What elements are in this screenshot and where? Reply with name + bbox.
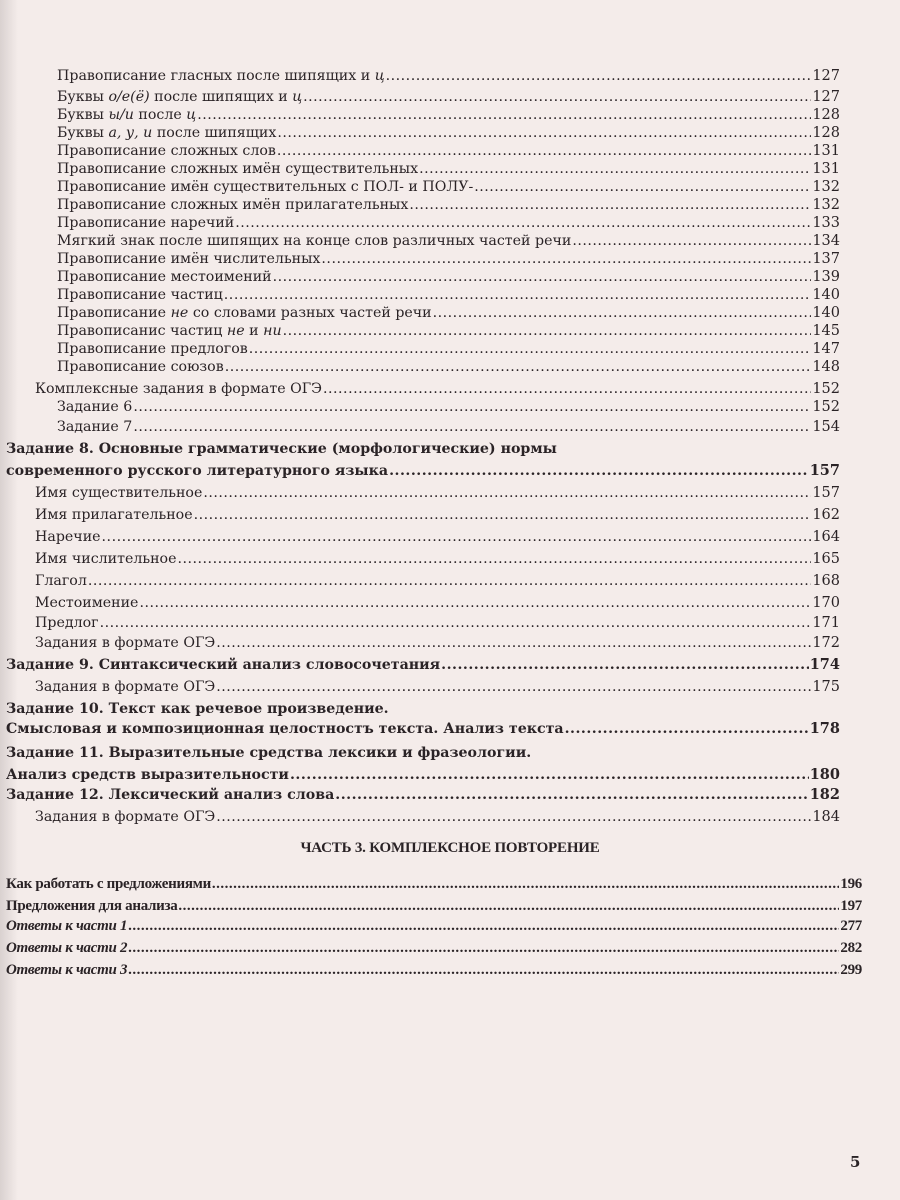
toc-entry-title: Ответы к части 3	[6, 961, 127, 979]
toc-title-part: Буквы	[57, 107, 108, 123]
toc-entry-title: Буквы ы/и после ц	[57, 106, 196, 124]
toc-entry-page: 165	[812, 550, 840, 568]
toc-title-part: Мягкий знак после шипящих на конце слов …	[57, 233, 571, 249]
toc-entry-page: 178	[810, 720, 840, 738]
toc-entry-title: Правописание союзов	[57, 358, 224, 376]
toc-entry-title: Комплексные задания в формате ОГЭ	[35, 380, 322, 398]
toc-entry-page: 171	[812, 614, 840, 632]
toc-title-part: Задание 7	[57, 419, 132, 435]
toc-title-part: Правописание гласных после шипящих и	[57, 68, 375, 84]
toc-title-part: Правописание имён числительных	[57, 251, 320, 267]
dot-leader	[235, 214, 811, 232]
toc-entry[interactable]: Предложения для анализа197	[6, 897, 862, 915]
toc-entry-title: Задание 7	[57, 418, 132, 436]
toc-title-italic-part: а, у, и	[108, 125, 152, 141]
toc-entry-page: 140	[812, 304, 840, 322]
toc-title-part: со словами разных частей речи	[188, 305, 431, 321]
toc-entry-title: Как работать с предложениями	[6, 875, 211, 893]
toc-title-italic-part: ц	[375, 68, 385, 84]
dot-leader	[441, 656, 809, 674]
part-3-heading: ЧАСТЬ 3. КОМПЛЕКСНОЕ ПОВТОРЕНИЕ	[0, 840, 900, 857]
dot-leader	[133, 418, 811, 436]
toc-title-part: Правописанис частиц	[57, 323, 227, 339]
toc-entry[interactable]: Задание 11. Выразительные средства лекси…	[6, 744, 840, 762]
dot-leader	[178, 550, 812, 568]
toc-entry[interactable]: Задание 8. Основные грамматические (морф…	[6, 440, 840, 458]
toc-entry-page: 128	[812, 106, 840, 124]
toc-entry-page: 168	[812, 572, 840, 590]
dot-leader	[212, 875, 839, 893]
toc-entry-title: Предложения для анализа	[6, 897, 177, 915]
dot-leader	[277, 142, 811, 160]
toc-title-part: Правописание сложных слов	[57, 143, 276, 159]
toc-entry-page: 127	[812, 67, 840, 85]
toc-title-part: Задание 9. Синтаксический анализ словосо…	[6, 657, 440, 673]
toc-title-part: Анализ средств выразительности	[6, 767, 289, 783]
toc-entry-page: 128	[812, 124, 840, 142]
dot-leader	[133, 398, 811, 416]
toc-entry-page: 131	[812, 160, 840, 178]
toc-entry[interactable]: Задания в формате ОГЭ175	[35, 678, 840, 696]
toc-entry-title: Задание 9. Синтаксический анализ словосо…	[6, 656, 440, 674]
toc-entry-title: Правописание сложных слов	[57, 142, 276, 160]
toc-entry[interactable]: Задание 12. Лексический анализ слова182	[6, 786, 840, 804]
toc-title-italic-part: ы/и	[108, 107, 133, 123]
toc-entry-title: Задания в формате ОГЭ	[35, 808, 215, 826]
toc-entry-title: Ответы к части 1	[6, 917, 127, 935]
dot-leader	[128, 917, 839, 935]
toc-title-part: Задание 10. Текст как речевое произведен…	[6, 701, 389, 717]
toc-title-part: Имя числительное	[35, 551, 177, 567]
toc-title-part: Правописание частиц	[57, 287, 223, 303]
toc-title-part: Буквы	[57, 89, 108, 105]
toc-title-part: Смысловая и композиционная целостностъ т…	[6, 721, 564, 737]
toc-entry-title: Правописание предлогов	[57, 340, 248, 358]
toc-entry[interactable]: Правописание частиц140	[57, 286, 840, 304]
toc-entry-title: Правописание гласных после шипящих и ц	[57, 67, 385, 85]
toc-title-part: Ответы к части 1	[6, 918, 127, 934]
toc-title-part: современного русского литературного язык…	[6, 463, 388, 479]
toc-title-part: Имя существительное	[35, 485, 202, 501]
toc-title-part: Правописание предлогов	[57, 341, 248, 357]
toc-entry-title: Задание 12. Лексический анализ слова	[6, 786, 334, 804]
toc-entry-title: Местоимение	[35, 594, 138, 612]
toc-entry[interactable]: Ответы к части 1277	[6, 917, 862, 935]
toc-entry[interactable]: Правописанис частиц не и ни145	[57, 322, 840, 340]
dot-leader	[224, 286, 812, 304]
toc-entry-title: Смысловая и композиционная целостностъ т…	[6, 720, 564, 738]
toc-entry-title: Буквы а, у, и после шипящих	[57, 124, 276, 142]
toc-title-part: Предлог	[35, 615, 99, 631]
toc-entry[interactable]: Ответы к части 3299	[6, 961, 862, 979]
toc-title-part: и	[245, 323, 263, 339]
toc-entry-page: 182	[810, 786, 840, 804]
toc-entry-title: Правописание частиц	[57, 286, 223, 304]
dot-leader	[216, 678, 811, 696]
toc-title-part: Правописание сложных имён прилагательных	[57, 197, 408, 213]
toc-title-part: Буквы	[57, 125, 108, 141]
toc-title-part: Задание 12. Лексический анализ слова	[6, 787, 334, 803]
toc-entry-title: Наречие	[35, 528, 101, 546]
toc-title-part: Местоимение	[35, 595, 138, 611]
toc-title-part: Правописание местоимений	[57, 269, 272, 285]
toc-title-part: Задание 8. Основные грамматические (морф…	[6, 441, 557, 457]
dot-leader	[194, 506, 812, 524]
toc-entry-title: Правописанис частиц не и ни	[57, 322, 282, 340]
toc-entry[interactable]: Анализ средств выразительности180	[6, 766, 840, 784]
toc-entry[interactable]: Задание 6152	[57, 398, 840, 416]
toc-entry-title: Имя существительное	[35, 484, 202, 502]
toc-entry-title: Задание 11. Выразительные средства лекси…	[6, 744, 531, 762]
toc-title-italic-part: о/е(ё)	[108, 89, 149, 105]
toc-title-part: после шипящих и	[150, 89, 293, 105]
toc-entry-title: Правописание не со словами разных частей…	[57, 304, 432, 322]
dot-leader	[225, 358, 812, 376]
toc-entry-title: Предлог	[35, 614, 99, 632]
page-number: 5	[850, 1153, 860, 1171]
dot-leader	[474, 178, 811, 196]
toc-entry-page: 277	[840, 917, 862, 935]
toc-entry-page: 147	[812, 340, 840, 358]
toc-entry[interactable]: Задания в формате ОГЭ184	[35, 808, 840, 826]
toc-entry[interactable]: Правописание имён числительных137	[57, 250, 840, 268]
toc-entry[interactable]: Правописание местоимений139	[57, 268, 840, 286]
dot-leader	[273, 268, 812, 286]
toc-title-part: после шипящих	[152, 125, 276, 141]
dot-leader	[419, 160, 811, 178]
dot-leader	[197, 106, 811, 124]
toc-entry[interactable]: Наречие164	[35, 528, 840, 546]
toc-entry-page: 134	[812, 232, 840, 250]
toc-entry[interactable]: Мягкий знак после шипящих на конце слов …	[57, 232, 840, 250]
toc-title-italic-part: ни	[263, 323, 281, 339]
toc-entry-page: 152	[812, 398, 840, 416]
dot-leader	[216, 634, 811, 652]
toc-entry-page: 170	[812, 594, 840, 612]
toc-entry[interactable]: Имя существительное157	[35, 484, 840, 502]
toc-entry-title: Имя числительное	[35, 550, 177, 568]
toc-entry[interactable]: Смысловая и композиционная целостностъ т…	[6, 720, 840, 738]
toc-entry-title: Ответы к части 2	[6, 939, 127, 957]
toc-entry-page: 152	[812, 380, 840, 398]
toc-entry[interactable]: Комплексные задания в формате ОГЭ152	[35, 380, 840, 398]
toc-entry[interactable]: Задания в формате ОГЭ172	[35, 634, 840, 652]
toc-entry-title: Имя прилагательное	[35, 506, 193, 524]
dot-leader	[178, 897, 839, 915]
toc-entry-title: Задание 10. Текст как речевое произведен…	[6, 700, 389, 718]
toc-entry-page: 137	[812, 250, 840, 268]
toc-entry-title: Анализ средств выразительности	[6, 766, 289, 784]
dot-leader	[216, 808, 811, 826]
toc-entry-page: 154	[812, 418, 840, 436]
toc-entry-page: 133	[812, 214, 840, 232]
toc-entry-title: Задания в формате ОГЭ	[35, 678, 215, 696]
toc-entry[interactable]: Правописание гласных после шипящих и ц12…	[57, 67, 840, 85]
toc-title-part: Правописание союзов	[57, 359, 224, 375]
toc-entry-title: Мягкий знак после шипящих на конце слов …	[57, 232, 571, 250]
toc-entry-page: 180	[810, 766, 840, 784]
toc-entry[interactable]: Местоимение170	[35, 594, 840, 612]
toc-entry[interactable]: Правописание наречий133	[57, 214, 840, 232]
toc-entry[interactable]: Буквы ы/и после ц128	[57, 106, 840, 124]
toc-title-part: Правописание сложных имён существительны…	[57, 161, 418, 177]
toc-entry-page: 174	[810, 656, 840, 674]
toc-entry-title: Задания в формате ОГЭ	[35, 634, 215, 652]
toc-entry-title: Задание 8. Основные грамматические (морф…	[6, 440, 557, 458]
toc-entry-page: 148	[812, 358, 840, 376]
toc-entry-page: 127	[812, 88, 840, 106]
toc-entry[interactable]: Буквы а, у, и после шипящих128	[57, 124, 840, 142]
toc-entry[interactable]: современного русского литературного язык…	[6, 462, 840, 480]
toc-title-part: Задания в формате ОГЭ	[35, 809, 215, 825]
toc-title-part: после	[134, 107, 186, 123]
toc-entry[interactable]: Правописание союзов148	[57, 358, 840, 376]
dot-leader	[102, 528, 812, 546]
toc-entry-page: 140	[812, 286, 840, 304]
toc-title-part: Комплексные задания в формате ОГЭ	[35, 381, 322, 397]
dot-leader	[323, 380, 811, 398]
toc-entry-page: 132	[812, 178, 840, 196]
dot-leader	[283, 322, 812, 340]
page-edge-shadow	[0, 0, 18, 1200]
toc-entry-page: 139	[812, 268, 840, 286]
toc-entry-page: 157	[812, 484, 840, 502]
toc-entry-page: 175	[812, 678, 840, 696]
toc-entry-title: Правописание имён числительных	[57, 250, 320, 268]
toc-title-part: Наречие	[35, 529, 101, 545]
toc-entry-page: 164	[812, 528, 840, 546]
toc-entry[interactable]: Глагол168	[35, 572, 840, 590]
toc-entry[interactable]: Имя числительное165	[35, 550, 840, 568]
toc-entry[interactable]: Правописание предлогов147	[57, 340, 840, 358]
dot-leader	[203, 484, 811, 502]
toc-entry[interactable]: Как работать с предложениями196	[6, 875, 862, 893]
dot-leader	[565, 720, 809, 738]
toc-title-part: Ответы к части 3	[6, 962, 127, 978]
toc-title-italic-part: ц	[186, 107, 196, 123]
toc-entry-page: 157	[810, 462, 840, 480]
toc-entry[interactable]: Задание 9. Синтаксический анализ словосо…	[6, 656, 840, 674]
toc-entry-page: 197	[840, 897, 862, 915]
dot-leader	[139, 594, 811, 612]
toc-entry-title: Буквы о/е(ё) после шипящих и ц	[57, 88, 302, 106]
toc-title-italic-part: ц	[292, 89, 302, 105]
toc-entry-page: 162	[812, 506, 840, 524]
toc-entry[interactable]: Правописание сложных имён существительны…	[57, 160, 840, 178]
toc-entry-page: 282	[840, 939, 862, 957]
toc-title-part: Правописание имён существительных с ПОЛ-…	[57, 179, 473, 195]
dot-leader	[321, 250, 811, 268]
toc-title-part: Глагол	[35, 573, 87, 589]
toc-entry-page: 299	[840, 961, 862, 979]
toc-entry-title: Правописание наречий	[57, 214, 234, 232]
toc-entry[interactable]: Правописание сложных имён прилагательных…	[57, 196, 840, 214]
toc-entry[interactable]: Правописание не со словами разных частей…	[57, 304, 840, 322]
toc-entry[interactable]: Правописание имён существительных с ПОЛ-…	[57, 178, 840, 196]
dot-leader	[409, 196, 811, 214]
toc-entry-title: Глагол	[35, 572, 87, 590]
toc-title-italic-part: не	[227, 323, 245, 339]
dot-leader	[277, 124, 811, 142]
toc-entry-page: 145	[812, 322, 840, 340]
toc-entry[interactable]: Правописание сложных слов131	[57, 142, 840, 160]
toc-entry-title: Правописание имён существительных с ПОЛ-…	[57, 178, 473, 196]
toc-title-part: Задания в формате ОГЭ	[35, 679, 215, 695]
toc-title-part: Предложения для анализа	[6, 898, 177, 914]
toc-entry[interactable]: Буквы о/е(ё) после шипящих и ц127	[57, 88, 840, 106]
toc-title-part: Имя прилагательное	[35, 507, 193, 523]
toc-entry[interactable]: Имя прилагательное162	[35, 506, 840, 524]
toc-entry-page: 131	[812, 142, 840, 160]
toc-entry-title: Правописание сложных имён существительны…	[57, 160, 418, 178]
toc-title-part: Правописание наречий	[57, 215, 234, 231]
toc-title-italic-part: не	[171, 305, 189, 321]
toc-entry-page: 196	[840, 875, 862, 893]
dot-leader	[335, 786, 808, 804]
dot-leader	[303, 88, 811, 106]
dot-leader	[290, 766, 809, 784]
toc-title-part: Задания в формате ОГЭ	[35, 635, 215, 651]
dot-leader	[128, 961, 839, 979]
toc-entry-page: 172	[812, 634, 840, 652]
toc-title-part: Задание 11. Выразительные средства лекси…	[6, 745, 531, 761]
dot-leader	[433, 304, 812, 322]
toc-entry-title: Правописание сложных имён прилагательных	[57, 196, 408, 214]
dot-leader	[389, 462, 809, 480]
toc-title-part: Задание 6	[57, 399, 132, 415]
toc-title-part: Ответы к части 2	[6, 940, 127, 956]
dot-leader	[249, 340, 812, 358]
toc-entry[interactable]: Предлог171	[35, 614, 840, 632]
dot-leader	[572, 232, 811, 250]
toc-title-part: Как работать с предложениями	[6, 876, 211, 892]
dot-leader	[100, 614, 812, 632]
toc-entry-title: современного русского литературного язык…	[6, 462, 388, 480]
toc-title-part: Правописание	[57, 305, 171, 321]
dot-leader	[386, 67, 812, 85]
toc-entry-page: 132	[812, 196, 840, 214]
toc-entry-title: Задание 6	[57, 398, 132, 416]
dot-leader	[128, 939, 839, 957]
toc-entry[interactable]: Ответы к части 2282	[6, 939, 862, 957]
toc-entry[interactable]: Задание 7154	[57, 418, 840, 436]
toc-entry-page: 184	[812, 808, 840, 826]
toc-entry[interactable]: Задание 10. Текст как речевое произведен…	[6, 700, 840, 718]
dot-leader	[88, 572, 811, 590]
toc-entry-title: Правописание местоимений	[57, 268, 272, 286]
